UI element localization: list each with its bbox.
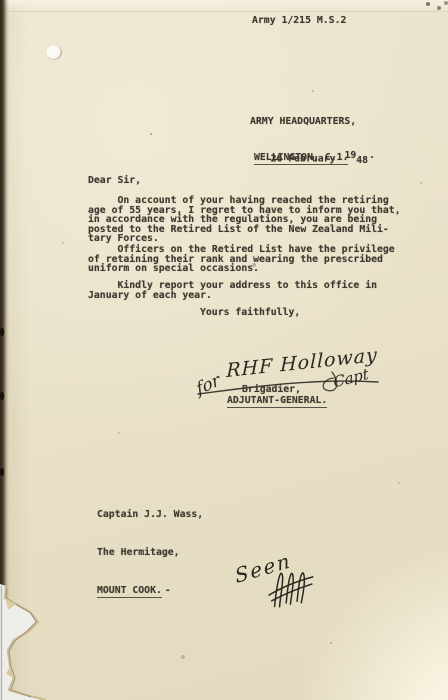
body-paragraph: On account of your having reached the re… — [88, 196, 401, 244]
signatory-office: ADJUTANT-GENERAL. — [227, 396, 327, 408]
addressee-block: Captain J.J. Wass, The Hermitage, MOUNT … — [97, 484, 203, 623]
date-year-typed: 48 — [356, 155, 368, 166]
torn-corner — [0, 540, 60, 700]
body-paragraph: Officers on the Retired List have the pr… — [88, 245, 395, 274]
binding-stitch-mark — [0, 328, 4, 336]
date-line: 26 February1948. — [247, 141, 375, 175]
addressee-locality: MOUNT COOK. — [97, 586, 162, 598]
date-year-printed: 19 — [344, 150, 356, 161]
addressee-name: Captain J.J. Wass, — [97, 509, 203, 522]
date-day-month: 26 February — [271, 153, 336, 164]
scanned-letter-page: Army 1/215 M.S.2 ARMY HEADQUARTERS, WELL… — [0, 0, 448, 700]
body-paragraph: Kindly report your address to this offic… — [88, 281, 377, 300]
paper-specks — [0, 0, 2, 2]
punch-hole — [46, 45, 62, 60]
signatory-title: Brigadier, — [242, 385, 301, 395]
binding-stitch-mark — [0, 468, 4, 476]
seen-initials-scribble — [259, 562, 322, 612]
signatory-office-text: ADJUTANT-GENERAL. — [227, 396, 327, 408]
page-top-edge — [0, 0, 448, 12]
addressee-locality-line: MOUNT COOK.- — [97, 585, 203, 598]
addressee-address: The Hermitage, — [97, 547, 203, 560]
addressee-trailing-dash: - — [165, 585, 171, 596]
date-punctuation: . — [369, 150, 375, 161]
salutation: Dear Sir, — [88, 176, 141, 186]
file-reference: Army 1/215 M.S.2 — [252, 16, 346, 26]
binding-stitch-mark — [0, 392, 4, 400]
letterhead-organisation: ARMY HEADQUARTERS, — [250, 116, 356, 128]
closing-line: Yours faithfully, — [200, 308, 300, 318]
